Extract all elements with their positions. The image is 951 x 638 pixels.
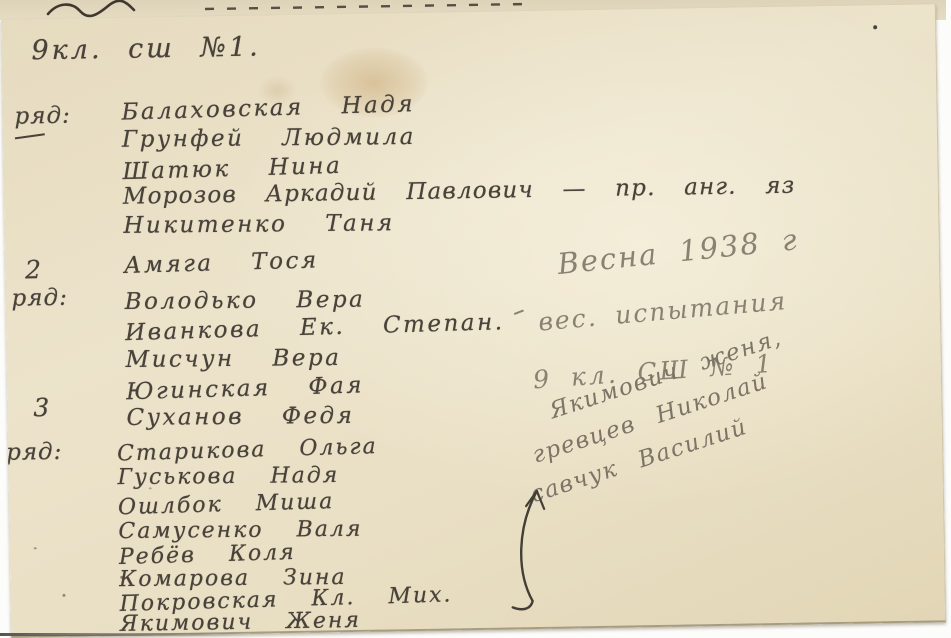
row3-number: 3 (33, 393, 49, 422)
name-entry: Гуськова Надя (117, 463, 339, 490)
scan-background: 9кл. сш №1. 1 ряд: Балаховская Надя Грун… (0, 0, 951, 638)
row3-word: ряд: (6, 439, 63, 466)
name-entry: Иванкова Ек. Степан. (125, 309, 505, 346)
class-header: 9кл. сш №1. (31, 31, 261, 66)
name-entry: Грунфей Людмила (122, 124, 416, 153)
pencil-note-date: Весна 1938 г (556, 222, 800, 281)
name-entry: Мисчун Вера (125, 345, 341, 373)
name-entry: Ошлбок Миша (118, 489, 335, 520)
name-entry: Старикова Ольга (117, 434, 378, 466)
name-entry: Суханов Федя (126, 403, 354, 431)
name-entry: Самусенко Валя (118, 517, 362, 544)
name-entry: Володько Вера (125, 287, 366, 315)
row2-word: ряд: (11, 285, 68, 312)
photo-card: 9кл. сш №1. 1 ряд: Балаховская Надя Грун… (1, 4, 946, 637)
row1-number: 1 (1, 104, 6, 130)
dust-speck (34, 547, 37, 549)
name-entry: Амяга Тося (124, 247, 319, 279)
name-entry: Балаховская Надя (121, 91, 415, 125)
up-arrow (501, 478, 573, 614)
row1-underline-dash (15, 133, 45, 139)
scanner-shadow-line (0, 633, 250, 636)
dust-speck (62, 594, 65, 597)
pencil-tick-marks (514, 310, 524, 315)
name-entry: Югинская Фая (126, 372, 365, 405)
name-entry: Никитенко Таня (123, 210, 395, 239)
row2-number: 2 (25, 255, 41, 284)
row1-word: ряд: (14, 103, 71, 130)
ink-speck (873, 25, 877, 29)
row1-label: 1 ряд: (1, 103, 71, 130)
